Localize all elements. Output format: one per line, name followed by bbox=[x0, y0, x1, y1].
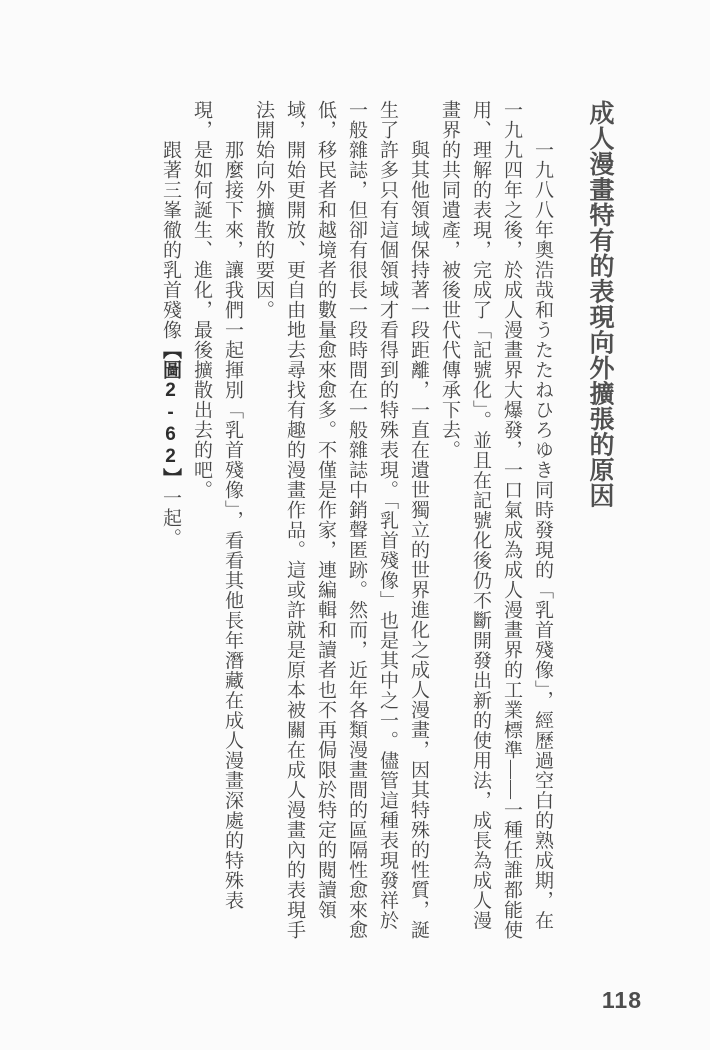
text-run: 一九八八年奧浩哉和うたたねひろゆき同時發現的「乳首殘像」，經歷過空白的熟成期，在… bbox=[439, 100, 553, 940]
page-content: 成人漫畫特有的表現向外擴張的原因 一九八八年奧浩哉和うたたねひろゆき同時發現的「… bbox=[155, 100, 613, 940]
page-number: 118 bbox=[602, 987, 642, 1014]
paragraph: 跟著三峯徹的乳首殘像【圖2-62】一起。 bbox=[155, 100, 186, 940]
figure-reference: 【圖 bbox=[160, 340, 181, 380]
body-text: 一九八八年奧浩哉和うたたねひろゆき同時發現的「乳首殘像」，經歷過空白的熟成期，在… bbox=[155, 100, 558, 940]
text-run: 一起。 bbox=[160, 488, 181, 548]
chapter-title: 成人漫畫特有的表現向外擴張的原因 bbox=[587, 100, 613, 940]
paragraph: 與其他領域保持著一段距離，一直在遺世獨立的世界進化之成人漫畫，因其特殊的性質，誕… bbox=[248, 100, 434, 940]
figure-reference: 】 bbox=[160, 468, 181, 488]
text-run: 與其他領域保持著一段距離，一直在遺世獨立的世界進化之成人漫畫，因其特殊的性質，誕… bbox=[253, 100, 429, 940]
paragraph: 一九八八年奧浩哉和うたたねひろゆき同時發現的「乳首殘像」，經歷過空白的熟成期，在… bbox=[434, 100, 558, 940]
text-run: 那麼接下來，讓我們一起揮別「乳首殘像」，看看其他長年潛藏在成人漫畫深處的特殊表現… bbox=[191, 100, 243, 911]
paragraph: 那麼接下來，讓我們一起揮別「乳首殘像」，看看其他長年潛藏在成人漫畫深處的特殊表現… bbox=[186, 100, 248, 940]
text-run: 跟著三峯徹的乳首殘像 bbox=[160, 100, 181, 340]
figure-reference: 2-62 bbox=[160, 380, 181, 468]
book-page: 成人漫畫特有的表現向外擴張的原因 一九八八年奧浩哉和うたたねひろゆき同時發現的「… bbox=[0, 0, 710, 1050]
